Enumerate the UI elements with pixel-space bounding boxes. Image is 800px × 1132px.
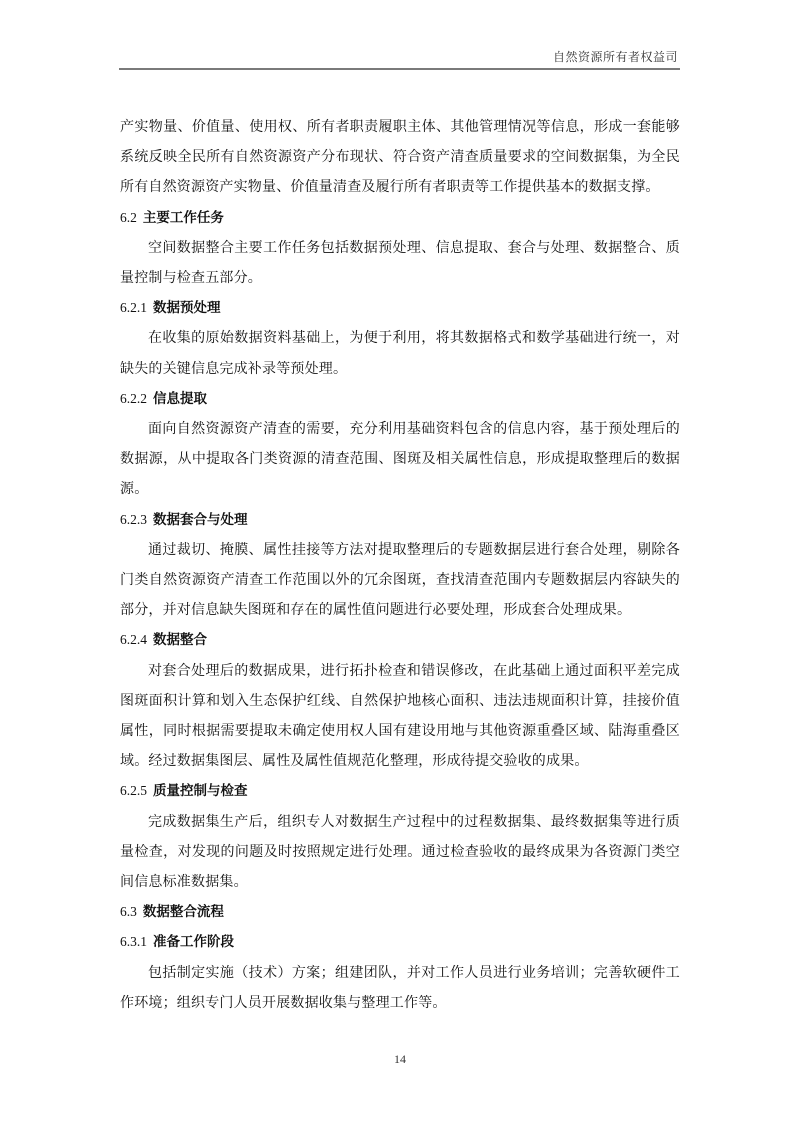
section-title: 数据整合流程: [143, 904, 224, 920]
document-body: 产实物量、价值量、使用权、所有者职责履职主体、其他管理情况等信息，形成一套能够系…: [120, 112, 680, 1018]
section-title: 主要工作任务: [143, 210, 224, 226]
section-heading-6-2: 6.2主要工作任务: [120, 203, 680, 233]
header-title: 自然资源所有者权益司: [553, 48, 678, 65]
section-paragraph: 包括制定实施（技术）方案；组建团队，并对工作人员进行业务培训；完善软硬件工作环境…: [120, 958, 680, 1018]
section-heading-6-2-3: 6.2.3数据套合与处理: [120, 505, 680, 535]
section-heading-6-2-5: 6.2.5质量控制与检查: [120, 776, 680, 806]
section-heading-6-2-1: 6.2.1数据预处理: [120, 293, 680, 323]
section-title: 质量控制与检查: [153, 783, 248, 799]
section-number: 6.2: [120, 210, 137, 225]
section-paragraph: 在收集的原始数据资料基础上，为便于利用，将其数据格式和数学基础进行统一，对缺失的…: [120, 323, 680, 383]
section-number: 6.2.4: [120, 632, 147, 647]
section-heading-6-3: 6.3数据整合流程: [120, 897, 680, 927]
section-paragraph: 面向自然资源资产清查的需要，充分利用基础资料包含的信息内容，基于预处理后的数据源…: [120, 414, 680, 505]
section-heading-6-2-4: 6.2.4数据整合: [120, 625, 680, 655]
section-number: 6.3.1: [120, 934, 147, 949]
running-header: 自然资源所有者权益司: [119, 44, 680, 70]
section-paragraph: 通过裁切、掩膜、属性挂接等方法对提取整理后的专题数据层进行套合处理，剔除各门类自…: [120, 535, 680, 626]
section-heading-6-2-2: 6.2.2信息提取: [120, 384, 680, 414]
intro-paragraph: 产实物量、价值量、使用权、所有者职责履职主体、其他管理情况等信息，形成一套能够系…: [120, 112, 680, 203]
section-title: 数据整合: [153, 632, 207, 648]
section-title: 准备工作阶段: [153, 934, 234, 950]
section-number: 6.2.2: [120, 391, 147, 406]
section-paragraph: 完成数据集生产后，组织专人对数据生产过程中的过程数据集、最终数据集等进行质量检查…: [120, 807, 680, 898]
section-number: 6.2.1: [120, 300, 147, 315]
section-title: 信息提取: [153, 391, 207, 407]
section-paragraph: 对套合处理后的数据成果，进行拓扑检查和错误修改，在此基础上通过面积平差完成图斑面…: [120, 656, 680, 777]
page-number: 14: [0, 1052, 800, 1067]
section-heading-6-3-1: 6.3.1准备工作阶段: [120, 927, 680, 957]
section-number: 6.2.3: [120, 512, 147, 527]
section-paragraph: 空间数据整合主要工作任务包括数据预处理、信息提取、套合与处理、数据整合、质量控制…: [120, 233, 680, 293]
document-page: 自然资源所有者权益司 产实物量、价值量、使用权、所有者职责履职主体、其他管理情况…: [0, 0, 800, 1132]
section-number: 6.2.5: [120, 783, 147, 798]
section-title: 数据套合与处理: [153, 512, 248, 528]
section-number: 6.3: [120, 904, 137, 919]
section-title: 数据预处理: [153, 300, 221, 316]
